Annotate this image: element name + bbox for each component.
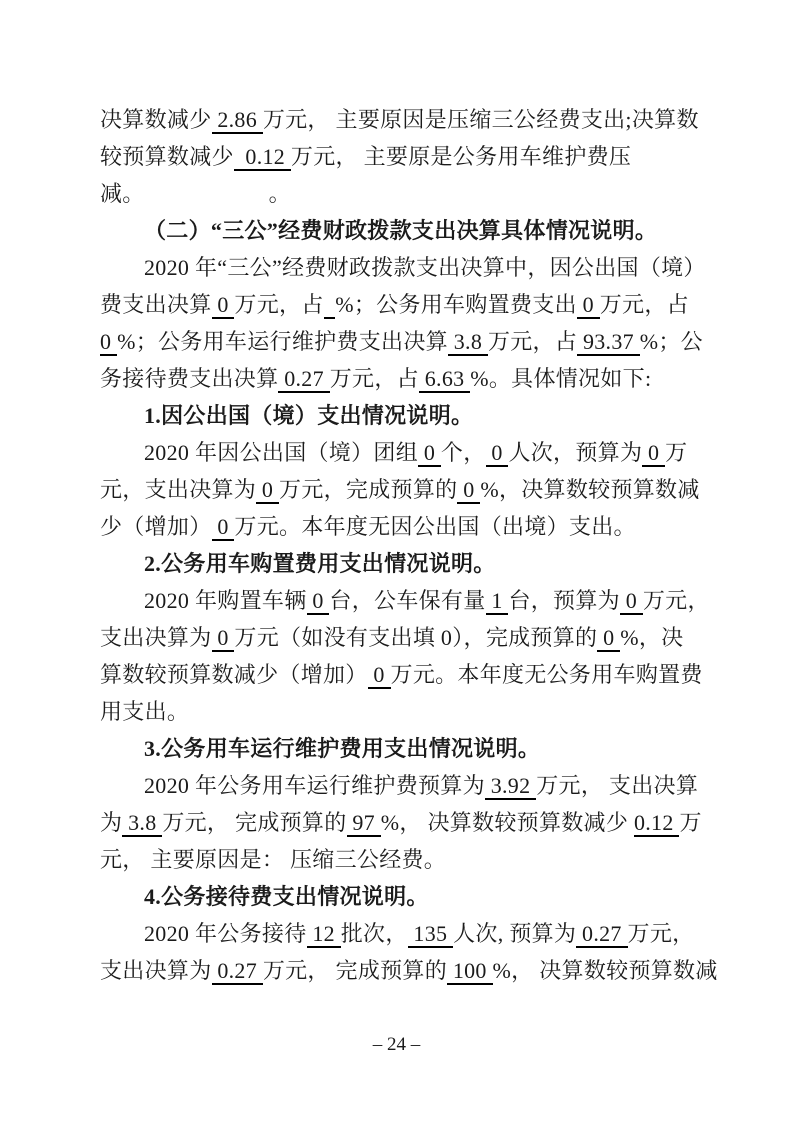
underlined-value: 0.12	[234, 144, 291, 171]
text-run: 万元。本年度无公务用车购置费	[391, 662, 703, 687]
text-line: 为 3.8 万元， 完成预算的 97 %， 决算数较预算数减少 0.12 万	[100, 804, 700, 841]
text-run: %，决算数较预算数减	[480, 477, 699, 502]
underlined-value: 0.27	[212, 958, 263, 985]
underlined-value: 0	[642, 440, 665, 467]
text-run: 支出决算为	[100, 625, 212, 650]
text-line: 较预算数减少 0.12 万元， 主要原是公务用车维护费压	[100, 138, 700, 175]
text-run: 万元。本年度无因公出国（出境）支出。	[234, 514, 635, 539]
text-run: 元，支出决算为	[100, 477, 256, 502]
underlined-value: 0	[307, 588, 330, 615]
underlined-value: 0	[212, 292, 235, 319]
underlined-value: 6.63	[419, 366, 470, 393]
text-run: 2020 年因公出国（境）团组	[144, 440, 418, 465]
underlined-value: 0	[212, 625, 235, 652]
text-run: 1.因公出国（境）支出情况说明。	[144, 403, 473, 428]
text-run: 万	[665, 440, 687, 465]
text-run: 万元，占	[488, 329, 577, 354]
text-run: 务接待费支出决算	[100, 366, 278, 391]
page-number: – 24 –	[0, 1033, 793, 1057]
heading-line: （二）“三公”经费财政拨款支出决算具体情况说明。	[100, 212, 700, 249]
text-run: 万元， 支出决算	[536, 773, 698, 798]
text-run: 万元， 主要原因是压缩三公经费支出;决算数	[263, 107, 699, 132]
text-run: 万元，	[628, 921, 695, 946]
text-line: 元，支出决算为 0 万元，完成预算的 0 %，决算数较预算数减	[100, 471, 700, 508]
text-run: 万	[679, 810, 701, 835]
document-body: 决算数减少 2.86 万元， 主要原因是压缩三公经费支出;决算数较预算数减少 0…	[100, 101, 700, 989]
text-run: 万元， 主要原是公务用车维护费压	[291, 144, 631, 169]
text-run: 人次, 预算为	[453, 921, 576, 946]
underlined-value: 0	[486, 440, 509, 467]
underlined-value: 0	[100, 329, 117, 356]
heading-line: 3.公务用车运行维护费用支出情况说明。	[100, 730, 700, 767]
text-run: 元， 主要原因是： 压缩三公经费。	[100, 847, 446, 872]
text-line: 支出决算为 0 万元（如没有支出填 0），完成预算的 0 %，决	[100, 619, 700, 656]
underlined-value: 12	[307, 921, 341, 948]
text-run: 3.公务用车运行维护费用支出情况说明。	[144, 736, 540, 761]
text-line: 0 %；公务用车运行维护费支出决算 3.8 万元，占 93.37 %；公	[100, 323, 700, 360]
heading-line: 4.公务接待费支出情况说明。	[100, 878, 700, 915]
text-run: 决算数减少	[100, 107, 212, 132]
text-run: 4.公务接待费支出情况说明。	[144, 884, 429, 909]
text-run: 2020 年公务用车运行维护费预算为	[144, 773, 485, 798]
spacer	[145, 200, 269, 201]
underlined-value: 0	[620, 588, 643, 615]
document-page: 决算数减少 2.86 万元， 主要原因是压缩三公经费支出;决算数较预算数减少 0…	[0, 0, 793, 1122]
text-run: 。	[269, 181, 291, 206]
underlined-value: 0	[597, 625, 620, 652]
text-line: 元， 主要原因是： 压缩三公经费。	[100, 841, 700, 878]
underlined-value: 0	[418, 440, 441, 467]
underlined-value: 97	[347, 810, 381, 837]
text-run: 用支出。	[100, 699, 189, 724]
text-run: 台，公车保有量	[329, 588, 485, 613]
text-run: 2020 年公务接待	[144, 921, 307, 946]
text-run: 万元， 完成预算的	[162, 810, 346, 835]
text-run: 人次，预算为	[508, 440, 642, 465]
text-run: 个，	[441, 440, 486, 465]
text-line: 算数较预算数减少（增加） 0 万元。本年度无公务用车购置费	[100, 656, 700, 693]
underlined-value: 0	[457, 477, 480, 504]
underlined-value: 0.12	[634, 810, 680, 837]
text-run: 2020 年“三公”经费财政拨款支出决算中，因公出国（境）	[144, 255, 706, 280]
underlined-value: 0	[368, 662, 391, 689]
text-line: 务接待费支出决算 0.27 万元，占 6.63 %。具体情况如下:	[100, 360, 700, 397]
underlined-value: 0	[256, 477, 279, 504]
text-run: 少（增加）	[100, 514, 212, 539]
underlined-value: 2.86	[212, 107, 263, 134]
text-run: 支出决算为	[100, 958, 212, 983]
underlined-value: 135	[408, 921, 454, 948]
text-run: 批次，	[341, 921, 408, 946]
underlined-value: 0	[212, 514, 235, 541]
text-run: 算数较预算数减少（增加）	[100, 662, 368, 687]
text-run: %，决	[620, 625, 683, 650]
text-line: 减。。	[100, 175, 700, 212]
underlined-value: 0.27	[576, 921, 627, 948]
text-line: 2020 年购置车辆 0 台，公车保有量 1 台，预算为 0 万元，	[100, 582, 700, 619]
text-run: %。具体情况如下:	[470, 366, 651, 391]
underlined-value: 0	[577, 292, 600, 319]
text-run: %；公务用车购置费支出	[335, 292, 577, 317]
text-run: 2020 年购置车辆	[144, 588, 307, 613]
text-line: 2020 年因公出国（境）团组 0 个， 0 人次，预算为 0 万	[100, 434, 700, 471]
text-run: 万元，完成预算的	[279, 477, 457, 502]
text-line: 2020 年公务接待 12 批次， 135 人次, 预算为 0.27 万元，	[100, 915, 700, 952]
underlined-value	[324, 292, 336, 319]
text-run: 为	[100, 810, 122, 835]
text-line: 费支出决算 0 万元，占 %；公务用车购置费支出 0 万元，占	[100, 286, 700, 323]
text-line: 2020 年“三公”经费财政拨款支出决算中，因公出国（境）	[100, 249, 700, 286]
underlined-value: 3.92	[485, 773, 536, 800]
text-run: 较预算数减少	[100, 144, 234, 169]
underlined-value: 100	[447, 958, 493, 985]
text-run: %；公务用车运行维护费支出决算	[117, 329, 448, 354]
underlined-value: 3.8	[448, 329, 488, 356]
text-run: %， 决算数较预算数减少	[381, 810, 634, 835]
text-run: （二）“三公”经费财政拨款支出决算具体情况说明。	[144, 218, 657, 243]
text-run: 费支出决算	[100, 292, 212, 317]
text-run: 万元，占	[330, 366, 419, 391]
text-run: 万元，	[643, 588, 710, 613]
heading-line: 1.因公出国（境）支出情况说明。	[100, 397, 700, 434]
underlined-value: 3.8	[122, 810, 162, 837]
underlined-value: 1	[486, 588, 509, 615]
text-run: 万元（如没有支出填 0），完成预算的	[234, 625, 597, 650]
text-line: 少（增加） 0 万元。本年度无因公出国（出境）支出。	[100, 508, 700, 545]
text-run: 万元，占	[600, 292, 689, 317]
heading-line: 2.公务用车购置费用支出情况说明。	[100, 545, 700, 582]
text-run: 万元，占	[234, 292, 323, 317]
text-run: 减。	[100, 181, 145, 206]
text-run: 台，预算为	[508, 588, 620, 613]
text-line: 2020 年公务用车运行维护费预算为 3.92 万元， 支出决算	[100, 767, 700, 804]
text-line: 决算数减少 2.86 万元， 主要原因是压缩三公经费支出;决算数	[100, 101, 700, 138]
text-line: 支出决算为 0.27 万元， 完成预算的 100 %， 决算数较预算数减	[100, 952, 700, 989]
text-run: 2.公务用车购置费用支出情况说明。	[144, 551, 496, 576]
underlined-value: 93.37	[577, 329, 640, 356]
text-line: 用支出。	[100, 693, 700, 730]
text-run: %， 决算数较预算数减	[493, 958, 718, 983]
text-run: %；公	[640, 329, 703, 354]
underlined-value: 0.27	[278, 366, 329, 393]
text-run: 万元， 完成预算的	[263, 958, 447, 983]
